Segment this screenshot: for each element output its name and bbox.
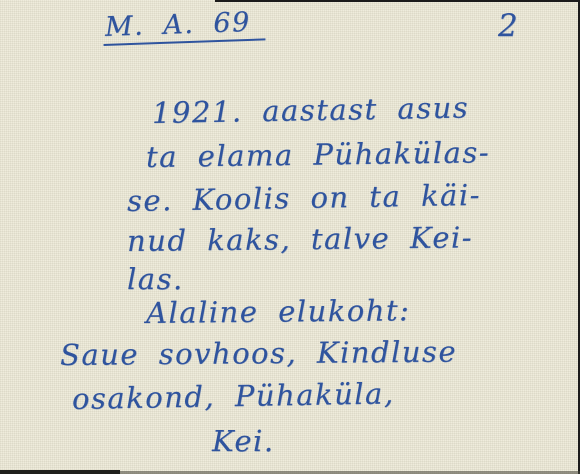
handwritten-line-1: 1921. aastast asus [152,90,470,130]
handwritten-line-8: osakond, Pühaküla, [72,376,395,416]
handwritten-line-6: Alaline elukoht: [146,293,411,330]
archive-code: M. A. 69 [102,6,265,46]
scan-edge-top [215,0,580,2]
scanned-handwritten-card: M. A. 69 2 1921. aastast asus ta elama P… [0,0,580,474]
handwritten-line-4: nud kaks, talve Kei- [127,220,473,258]
page-number: 2 [498,8,519,44]
handwritten-line-9: Kei. [212,424,275,458]
handwritten-line-7: Saue sovhoos, Kindluse [60,335,457,372]
handwritten-line-3: se. Koolis on ta käi- [127,178,481,218]
scan-edge-bottom-left [0,470,120,474]
handwritten-line-5: las. [127,262,184,296]
handwritten-line-2: ta elama Pühakülas- [146,135,491,174]
